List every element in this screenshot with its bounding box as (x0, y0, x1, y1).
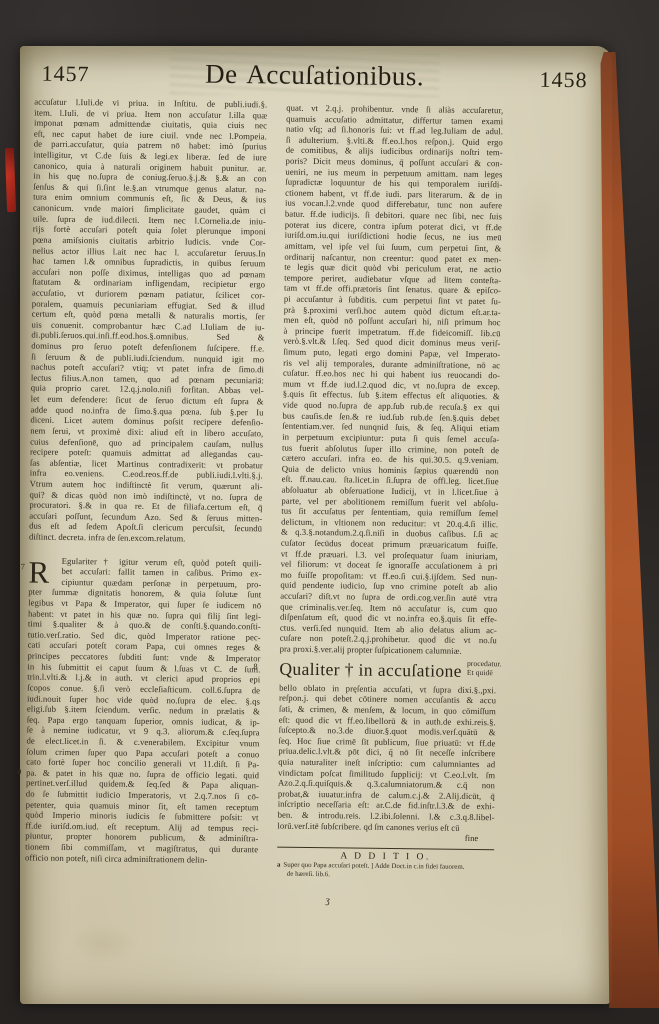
right-text-column: quat. vt 2.q.j. prohibentur. vnde ſi ali… (277, 103, 503, 882)
right-paragraph-2: bello oblato in pręſentia accuſati, vt ſ… (277, 682, 496, 833)
text-line: procedatur. (467, 659, 502, 669)
page-stain (507, 168, 568, 289)
left-text-column: accuſatur l.Iuli.de vi priua. in Inſtitu… (25, 97, 267, 866)
printer-ink-mark: ʒ (324, 895, 331, 907)
book-page: 1457 De Accuſationibus. 1458 accuſatur l… (20, 46, 612, 1004)
page-stain (69, 923, 139, 964)
section-heading-row: Qualiter † in accuſatione procedatur.Et … (279, 656, 496, 685)
page-number-left: 1457 (41, 61, 89, 88)
left-paragraph-1: accuſatur l.Iuli.de vi priua. in Inſtitu… (29, 97, 267, 545)
right-paragraph-1: quat. vt 2.q.j. prohibentur. vnde ſi ali… (280, 103, 504, 657)
additio-block: A D D I T I O. aSuper quo Papa accuſari … (277, 846, 494, 881)
page-number-right: 1458 (539, 67, 587, 94)
photographed-book-spread: 1457 De Accuſationibus. 1458 accuſatur l… (0, 0, 659, 1024)
section-heading: Qualiter † in accuſatione (279, 656, 462, 682)
margin-note-letter-a: a (17, 765, 21, 775)
margin-section-number-7: 7 (21, 561, 25, 571)
text-line: Et quidē li- (467, 668, 502, 678)
footnote-text: Super quo Papa accuſari poteſt. ] Adde D… (283, 861, 464, 870)
footnote-marker: a (277, 861, 281, 868)
section-heading-side-note: procedatur.Et quidē li- (467, 659, 502, 678)
page-title: De Accuſationibus. (205, 59, 424, 93)
drop-cap-initial: R (28, 557, 49, 586)
margin-section-number-8: 8 (253, 661, 257, 671)
left-paragraph-2: R Egulariter † igitur verum eſt, quòd po… (25, 555, 262, 865)
running-header: 1457 De Accuſationibus. 1458 (19, 56, 611, 94)
bookmark-ribbon (5, 148, 16, 212)
catchword: fine (277, 831, 494, 844)
page-scan-layer: 1457 De Accuſationibus. 1458 accuſatur l… (8, 42, 612, 1007)
